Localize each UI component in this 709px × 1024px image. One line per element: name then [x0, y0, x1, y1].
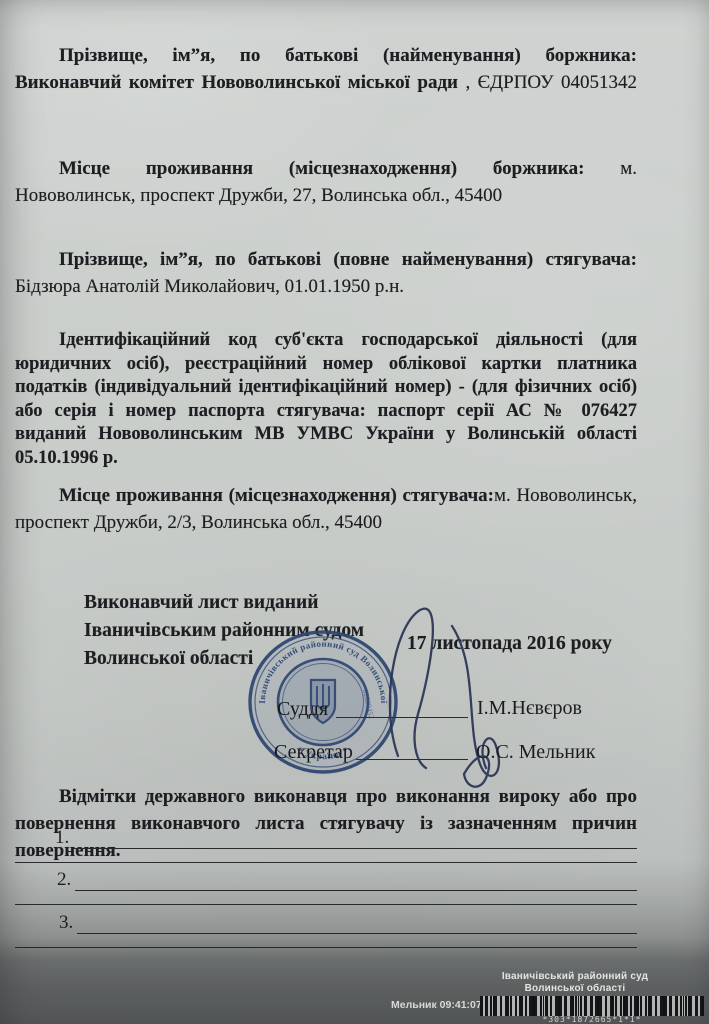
barcode — [480, 996, 704, 1016]
debtor-edrpou-code: , ЄДРПОУ 04051342 — [458, 72, 637, 93]
debtor-address-city-abbr: м. — [620, 158, 637, 179]
scanned-court-document-page: Прізвище, ім”я, по батькові (найменуванн… — [0, 0, 709, 1024]
blank-line-1-number: 1. — [55, 827, 73, 849]
id-line-6: 05.10.1996 р. — [15, 447, 637, 471]
issuance-line-1: Виконавчий лист виданий — [84, 589, 364, 617]
blank-line-3-rule — [77, 915, 637, 934]
creditor-address-value: проспект Дружби, 2/3, Волинська обл., 45… — [15, 509, 637, 536]
footer-court-line-1: Іваничівський районний суд — [455, 971, 695, 983]
debtor-name-value: Виконавчий комітет Нововолинської місько… — [15, 72, 458, 93]
blank-line-1-rule — [73, 830, 637, 849]
footer-court-line-2: Волинської області — [455, 983, 695, 995]
blank-line-1-continuation — [15, 862, 637, 863]
secretary-label: Секретар — [274, 741, 353, 764]
blank-line-3-continuation — [15, 947, 637, 948]
blank-line-1: 1. — [55, 827, 637, 849]
creditor-name-label: Прізвище, ім”я, по батькові (повне найме… — [15, 246, 637, 273]
id-line-5: виданий Нововолинським МВ УМВС України у… — [15, 423, 637, 447]
debtor-address-paragraph: Місце проживання (місцезнаходження) борж… — [15, 155, 637, 209]
creditor-id-paragraph: Ідентифікаційний код суб'єкта господарсь… — [15, 329, 637, 470]
creditor-name-paragraph: Прізвище, ім”я, по батькові (повне найме… — [15, 246, 637, 300]
debtor-name-label: Прізвище, ім”я, по батькові (найменуванн… — [15, 42, 637, 69]
id-line-1: Ідентифікаційний код суб'єкта господарсь… — [15, 329, 637, 353]
id-line-2: юридичних осіб), реєстраційний номер обл… — [15, 353, 637, 377]
blank-line-3-number: 3. — [59, 912, 77, 934]
debtor-name-paragraph: Прізвище, ім”я, по батькові (найменуванн… — [15, 42, 637, 96]
creditor-address-paragraph: Місце проживання (місцезнаходження) стяг… — [15, 482, 637, 536]
creditor-address-label: Місце проживання (місцезнаходження) стяг… — [59, 485, 494, 506]
judge-name: І.М.Нєвєров — [477, 697, 582, 720]
secretary-name: О.С. Мельник — [476, 741, 595, 764]
barcode-number: *303*1872665*1*1* — [480, 1015, 704, 1024]
blank-line-2-rule — [75, 872, 637, 891]
judge-label: Суддя — [277, 698, 328, 721]
id-line-3: податків (індивідуальний ідентифікаційни… — [15, 376, 637, 400]
blank-line-2: 2. — [57, 869, 637, 891]
creditor-name-value: Бідзюра Анатолій Миколайович, 01.01.1950… — [15, 273, 637, 300]
creditor-address-city: м. Нововолинськ, — [494, 485, 637, 506]
blank-line-2-number: 2. — [57, 869, 75, 891]
operator-timestamp: Мельник 09:41:07 — [391, 999, 482, 1011]
id-line-4: або серія і номер паспорта стягувача: па… — [15, 400, 637, 424]
debtor-address-value: Нововолинськ, проспект Дружби, 27, Волин… — [15, 182, 637, 209]
debtor-address-label: Місце проживання (місцезнаходження) борж… — [59, 158, 584, 179]
blank-line-3: 3. — [59, 912, 637, 934]
blank-line-2-continuation — [15, 904, 637, 905]
footer-court-stamp-text: Іваничівський районний суд Волинської об… — [455, 971, 695, 995]
